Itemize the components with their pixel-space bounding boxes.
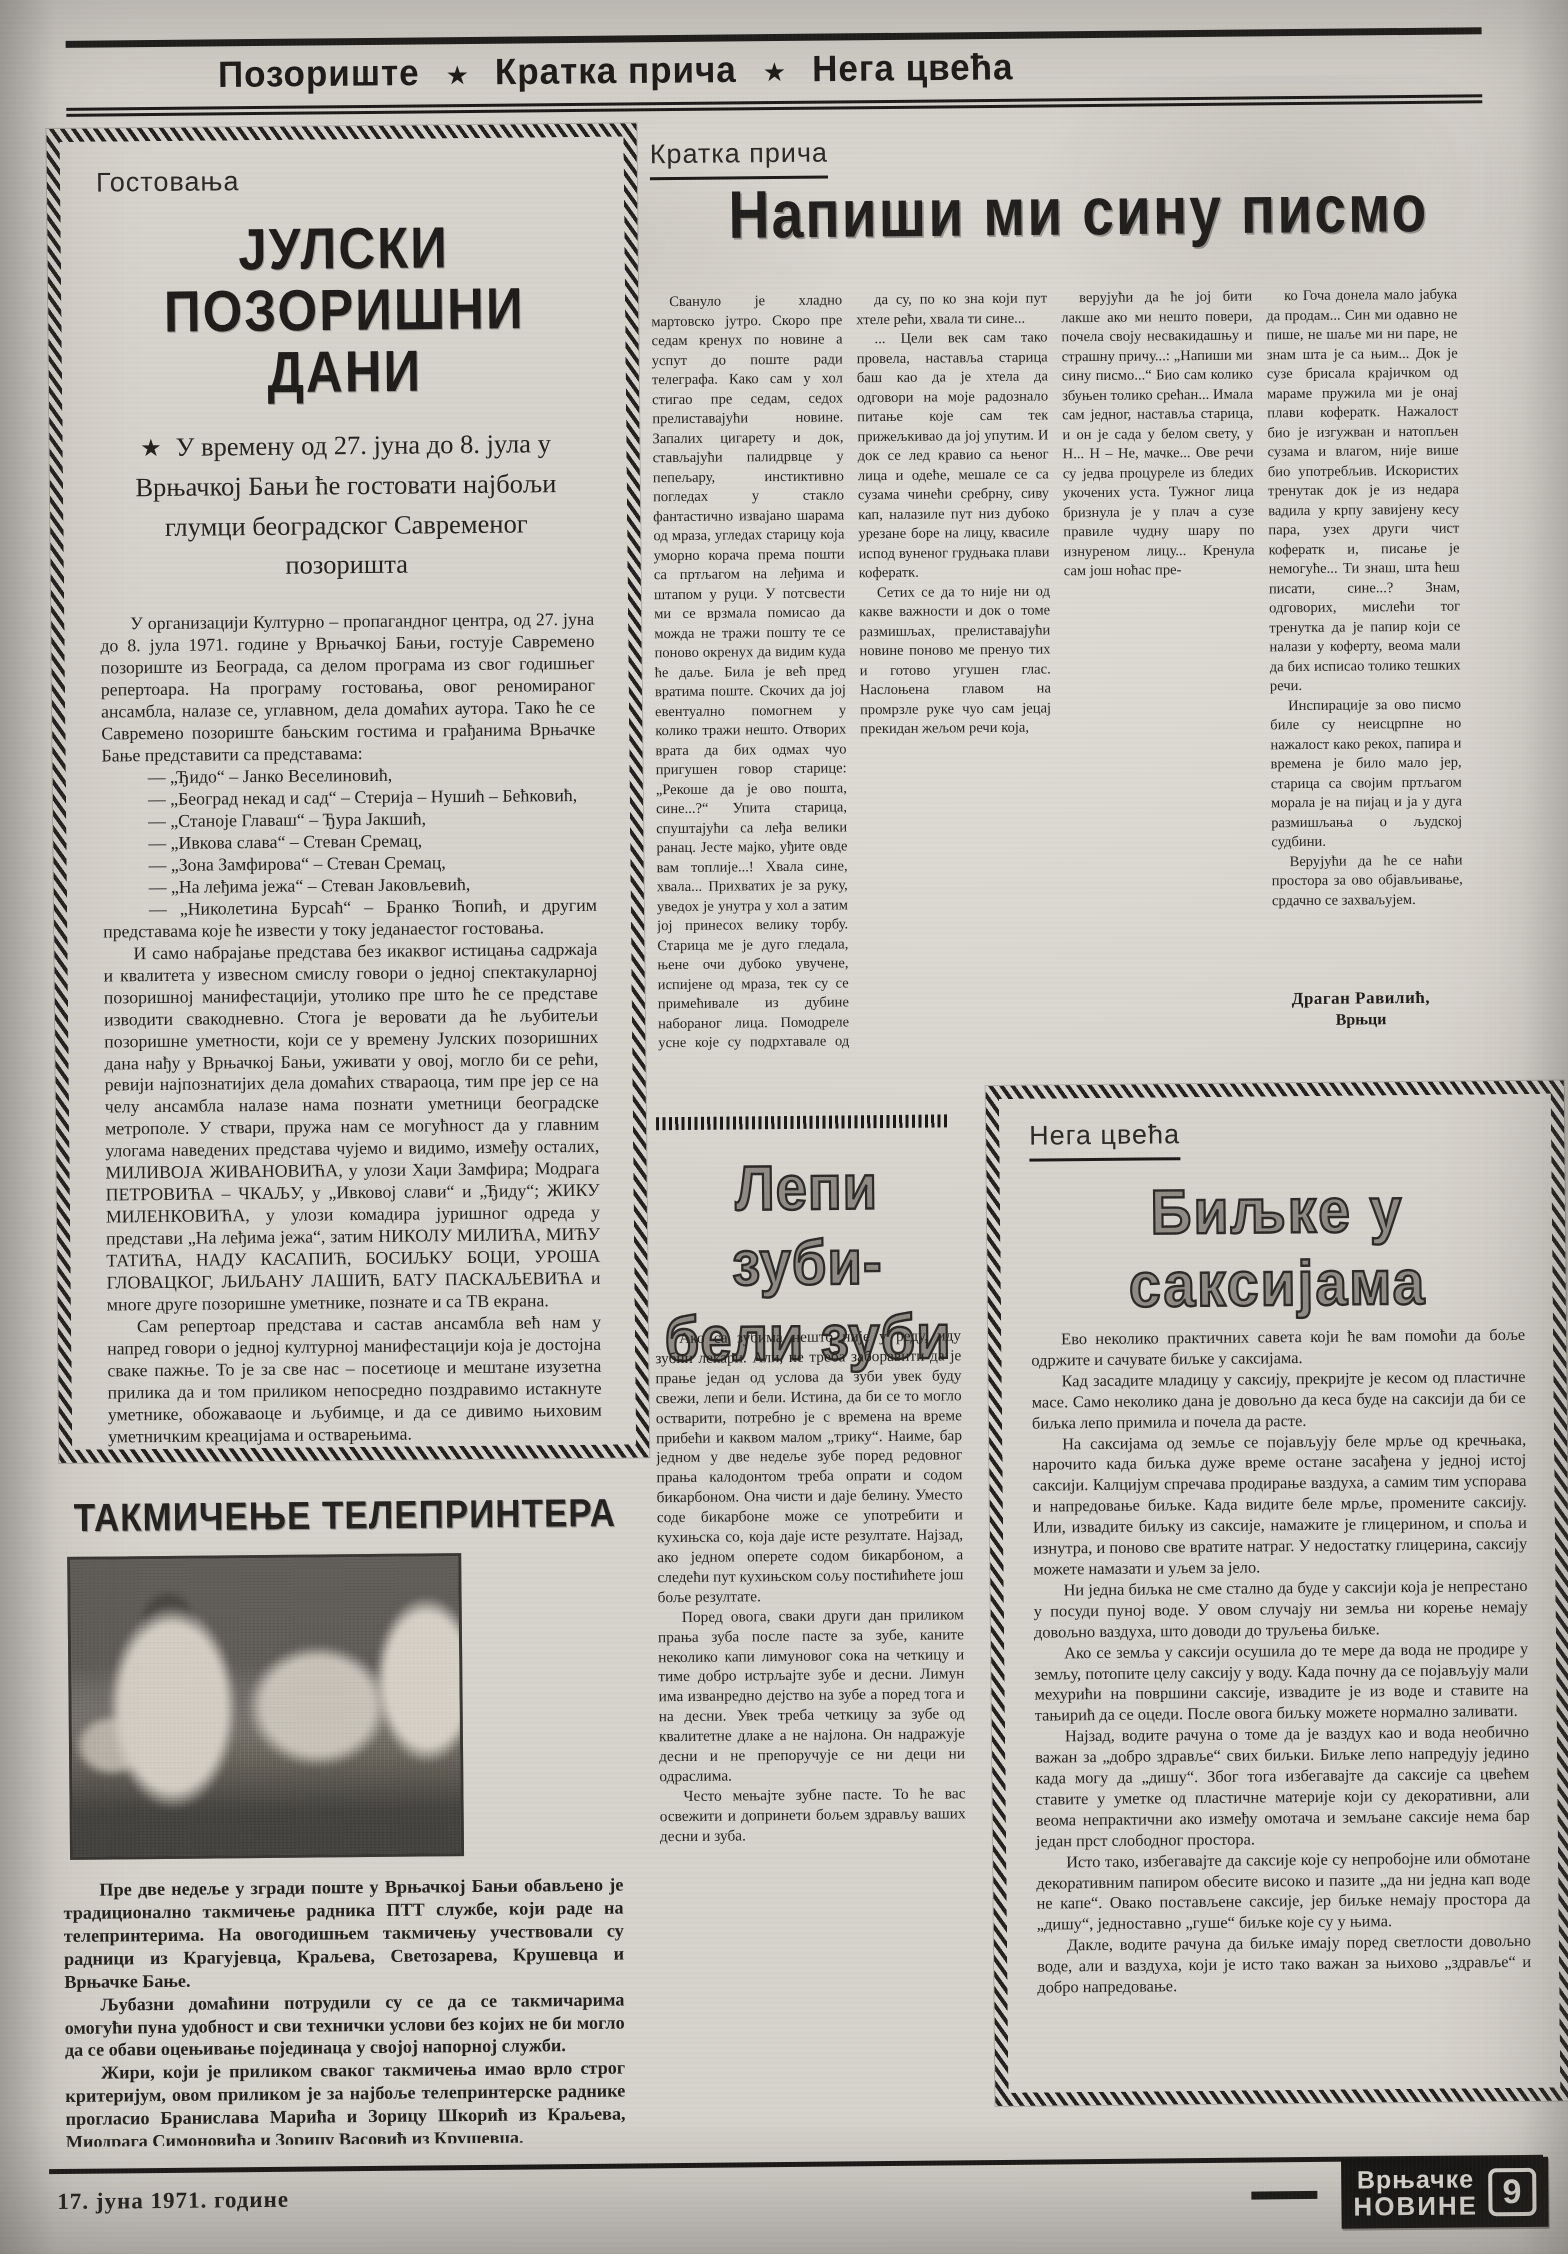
- story-author: Драган Равилић,: [1256, 987, 1466, 1009]
- flowers-kicker: Нега цвећа: [1029, 1119, 1180, 1161]
- paragraph: У организацији Културно – пропагандног ц…: [100, 609, 595, 768]
- paragraph: Свануло је хладно мартовско јутро. Скоро…: [651, 291, 849, 1051]
- paragraph: Исто тако, избегавајте да саксије које с…: [1036, 1848, 1531, 1936]
- flowers-inner: Нега цвећа Биљке у саксијама Ево неколик…: [999, 1094, 1561, 2093]
- paragraph: Сетих се да то није ни од какве важности…: [859, 582, 1051, 740]
- article-title-line2: ДАНИ: [98, 339, 593, 405]
- paragraph: Кад засадите младицу у саксију, прекријт…: [1031, 1367, 1526, 1434]
- teeth-article-body: Ако са зубима нешто није у реду, иду зуб…: [655, 1326, 968, 2095]
- article-lead-text: У времену од 27. јуна до 8. јула у Врњач…: [135, 428, 556, 580]
- masthead-line1: Врњачке: [1353, 2167, 1478, 2193]
- paragraph: Најзад, водите рачуна о томе да је вазду…: [1035, 1722, 1530, 1852]
- story-kicker: Кратка прича: [650, 138, 829, 181]
- article-kicker: Гостовања: [96, 163, 590, 199]
- story-column-3: верујући да ће јој бити лакше ако ми неш…: [1061, 287, 1259, 1047]
- article-july-theatre-days: Гостовања ЈУЛСКИ ПОЗОРИШНИ ДАНИ ★У време…: [46, 123, 649, 1463]
- story-column-2: да су, по ко зна који пут хтеле рећи, хв…: [856, 289, 1054, 1049]
- hatched-divider: [656, 1114, 948, 1130]
- paragraph: Често мењајте зубне пасте. То ће вас осв…: [659, 1784, 966, 1847]
- paragraph: И само набрајање представа без икаквог и…: [103, 938, 601, 1316]
- paragraph: Дакле, водите рачуна да биљке имају поре…: [1037, 1931, 1532, 1998]
- footer-rule: [49, 2155, 1543, 2174]
- story-column-1: Свануло је хладно мартовско јутро. Скоро…: [651, 291, 849, 1051]
- story-author-place: Врњци: [1256, 1010, 1466, 1030]
- masthead-name: Врњачке НОВИНЕ: [1353, 2167, 1478, 2219]
- article-title-line1: ЈУЛСКИ ПОЗОРИШНИ: [96, 216, 591, 344]
- masthead-badge: Врњачке НОВИНЕ 9: [1341, 2157, 1548, 2229]
- article-plants-in-pots: Нега цвећа Биљке у саксијама Ево неколик…: [986, 1081, 1568, 2107]
- teeth-title-line1: Лепи зуби-: [653, 1148, 960, 1301]
- article-lead: ★У времену од 27. јуна до 8. јула у Врња…: [102, 424, 590, 588]
- paragraph: Жири, који је приликом сваког такмичења …: [65, 2057, 626, 2147]
- header-section-flower-care: Нега цвећа: [812, 47, 1014, 91]
- paragraph: ... Цели век сам тако провела, наставља …: [856, 328, 1049, 583]
- paragraph: Ако са зубима нешто није у реду, иду зуб…: [655, 1326, 964, 1608]
- paragraph: Ако се земља у саксији осушила до те мер…: [1034, 1638, 1529, 1726]
- star-icon: ★: [445, 55, 469, 91]
- story-title: Напиши ми сину писмо: [682, 169, 1475, 254]
- paragraph: Ево неколико практичних савета који ће в…: [1031, 1325, 1525, 1372]
- paragraph: Поред овога, сваки други дан приликом пр…: [658, 1605, 966, 1787]
- article-title: ЈУЛСКИ ПОЗОРИШНИ ДАНИ: [96, 216, 592, 406]
- paragraph: ко Гоча донела мало јабука да продам... …: [1266, 286, 1461, 697]
- header-section-short-story: Кратка прича: [495, 49, 737, 93]
- article-july-inner: Гостовања ЈУЛСКИ ПОЗОРИШНИ ДАНИ ★У време…: [60, 136, 637, 1449]
- newspaper-page: Позориште ★ Кратка прича ★ Нега цвећа Го…: [0, 0, 1568, 2254]
- photo-grain-overlay: [70, 1556, 461, 1857]
- story-signature: Драган Равилић, Врњци: [1256, 987, 1466, 1030]
- paragraph: На саксијама од земље се појављују беле …: [1032, 1429, 1527, 1580]
- paragraph: да су, по ко зна који пут хтеле рећи, хв…: [856, 289, 1047, 330]
- footer-date: 17. јуна 1971. године: [57, 2187, 289, 2215]
- paragraph: Сам репертоар представа и састав ансамбл…: [107, 1312, 602, 1449]
- scanned-sheet: Позориште ★ Кратка прича ★ Нега цвећа Го…: [0, 0, 1568, 2254]
- paragraph: Ни једна биљка не сме стално да буде у с…: [1033, 1576, 1528, 1643]
- header-section-theatre: Позориште: [218, 52, 420, 96]
- teleprinter-body: Пре две недеље у згради поште у Врњачкој…: [63, 1874, 626, 2147]
- article-body: У организацији Културно – пропагандног ц…: [100, 609, 602, 1449]
- paragraph: Љубазни домаћини потрудили су се да се т…: [64, 1988, 625, 2062]
- story-column-4: ко Гоча донела мало јабука да продам... …: [1266, 286, 1464, 1046]
- star-icon: ★: [140, 436, 176, 462]
- teleprinter-title: ТАКМИЧЕЊЕ ТЕЛЕПРИНТЕРА: [63, 1491, 627, 1541]
- masthead-line2: НОВИНЕ: [1353, 2192, 1478, 2219]
- play-list-item: — „Николетина Бурсаћ“ – Бранко Ћопић, и …: [103, 895, 597, 944]
- section-header-band: Позориште ★ Кратка прича ★ Нега цвећа: [66, 27, 1483, 117]
- story-columns: Свануло је хладно мартовско јутро. Скоро…: [651, 286, 1464, 1052]
- paragraph: верујући да ће јој бити лакше ако ми неш…: [1061, 287, 1255, 581]
- flowers-title: Биљке у саксијама: [1030, 1173, 1525, 1323]
- paragraph: Верујући да ће се наћи простора за ово о…: [1271, 851, 1463, 911]
- teleprinter-photo: [67, 1553, 464, 1860]
- paragraph: Пре две недеље у згради поште у Врњачкој…: [63, 1874, 624, 1994]
- story-kicker-wrap: Кратка прича: [650, 138, 829, 181]
- footer-dash: [1251, 2191, 1317, 2200]
- page-number: 9: [1488, 2168, 1536, 2216]
- star-icon: ★: [763, 52, 787, 88]
- flowers-body: Ево неколико практичних савета који ће в…: [1031, 1325, 1531, 1999]
- paragraph: Инспирације за ово писмо биле су неисцрп…: [1270, 695, 1462, 853]
